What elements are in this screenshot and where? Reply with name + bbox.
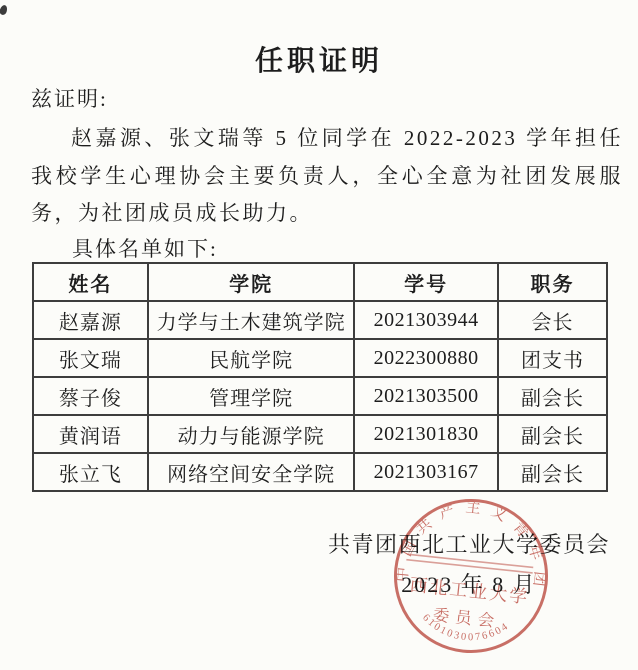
cell-name: 黄润语 xyxy=(33,415,148,453)
cell-student-id: 2021303944 xyxy=(354,301,498,339)
official-seal: 中国共产主义青年团 西北工业大学 委员会 6101030076604 xyxy=(381,486,561,666)
cell-position: 副会长 xyxy=(498,415,607,453)
certify-label: 兹证明: xyxy=(31,83,108,113)
cell-student-id: 2021303500 xyxy=(354,377,498,415)
cell-name: 赵嘉源 xyxy=(33,301,148,339)
seal-divider-line xyxy=(407,554,533,567)
scan-artifact xyxy=(0,4,8,16)
table-row: 张文瑞 民航学院 2022300880 团支书 xyxy=(33,339,607,377)
cell-name: 张文瑞 xyxy=(33,339,148,377)
table-row: 蔡子俊 管理学院 2021303500 副会长 xyxy=(33,377,607,415)
cell-college: 力学与土木建筑学院 xyxy=(148,301,355,339)
table-header-row: 姓名 学院 学号 职务 xyxy=(33,263,607,301)
cell-college: 民航学院 xyxy=(148,339,355,377)
table-row: 黄润语 动力与能源学院 2021301830 副会长 xyxy=(33,415,607,453)
cell-student-id: 2022300880 xyxy=(354,339,498,377)
col-header-name: 姓名 xyxy=(33,263,148,301)
table-row: 张立飞 网络空间安全学院 2021303167 副会长 xyxy=(33,453,607,491)
cell-position: 会长 xyxy=(498,301,607,339)
col-header-student-id: 学号 xyxy=(354,263,498,301)
roster-intro: 具体名单如下: xyxy=(72,233,218,263)
cell-student-id: 2021301830 xyxy=(354,415,498,453)
cell-college: 动力与能源学院 xyxy=(148,415,355,453)
table-row: 赵嘉源 力学与土木建筑学院 2021303944 会长 xyxy=(33,301,607,339)
cell-student-id: 2021303167 xyxy=(354,453,498,491)
certificate-page: 任职证明 兹证明: 赵嘉源、张文瑞等 5 位同学在 2022-2023 学年担任… xyxy=(0,0,638,670)
col-header-position: 职务 xyxy=(498,263,607,301)
cell-name: 蔡子俊 xyxy=(33,377,148,415)
seal-university-text: 西北工业大学 xyxy=(409,575,530,607)
certificate-body: 赵嘉源、张文瑞等 5 位同学在 2022-2023 学年担任我校学生心理协会主要… xyxy=(31,120,623,233)
seal-divider-line xyxy=(406,560,532,573)
cell-college: 管理学院 xyxy=(148,377,355,415)
cell-position: 副会长 xyxy=(498,453,607,491)
cell-name: 张立飞 xyxy=(33,453,148,491)
cell-position: 团支书 xyxy=(498,339,607,377)
cell-college: 网络空间安全学院 xyxy=(148,453,355,491)
cell-position: 副会长 xyxy=(498,377,607,415)
roster-table: 姓名 学院 学号 职务 赵嘉源 力学与土木建筑学院 2021303944 会长 … xyxy=(32,262,608,492)
col-header-college: 学院 xyxy=(148,263,355,301)
page-title: 任职证明 xyxy=(0,39,638,79)
